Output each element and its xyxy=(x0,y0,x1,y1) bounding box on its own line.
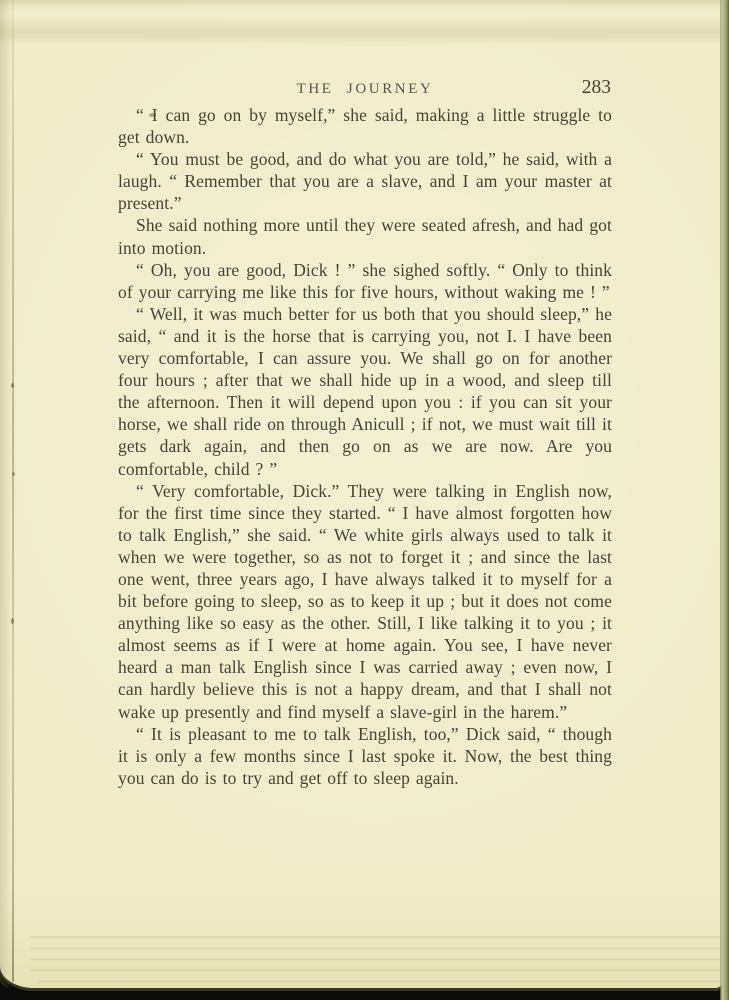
book-page: THE JOURNEY 283 “ I can go on by myself,… xyxy=(0,0,722,988)
paper-speck xyxy=(11,618,14,624)
binding-crease xyxy=(12,0,14,982)
table-surface xyxy=(0,988,720,1000)
body-text: “ I can go on by myself,” she said, maki… xyxy=(118,104,612,789)
page-header: THE JOURNEY 283 xyxy=(118,77,612,101)
top-page-edges xyxy=(0,0,722,44)
paragraph: “ Well, it was much better for us both t… xyxy=(118,303,612,480)
right-page-edge-stack xyxy=(720,0,729,1000)
paper-speck xyxy=(11,383,14,388)
running-title: THE JOURNEY xyxy=(118,81,612,98)
bottom-page-edges xyxy=(30,928,722,988)
paragraph: “ Very comfortable, Dick.” They were tal… xyxy=(118,480,612,723)
page-number: 283 xyxy=(582,77,611,99)
left-edge-shade xyxy=(0,0,12,988)
paragraph: “ It is pleasant to me to talk English, … xyxy=(118,723,612,789)
paragraph: “ Oh, you are good, Dick ! ” she sighed … xyxy=(118,259,612,303)
paper-speck xyxy=(12,472,15,476)
scanned-book-photo: THE JOURNEY 283 “ I can go on by myself,… xyxy=(0,0,729,1000)
paragraph: She said nothing more until they were se… xyxy=(118,214,612,258)
paragraph: “ You must be good, and do what you are … xyxy=(118,148,612,214)
paragraph: “ I can go on by myself,” she said, maki… xyxy=(118,104,612,148)
